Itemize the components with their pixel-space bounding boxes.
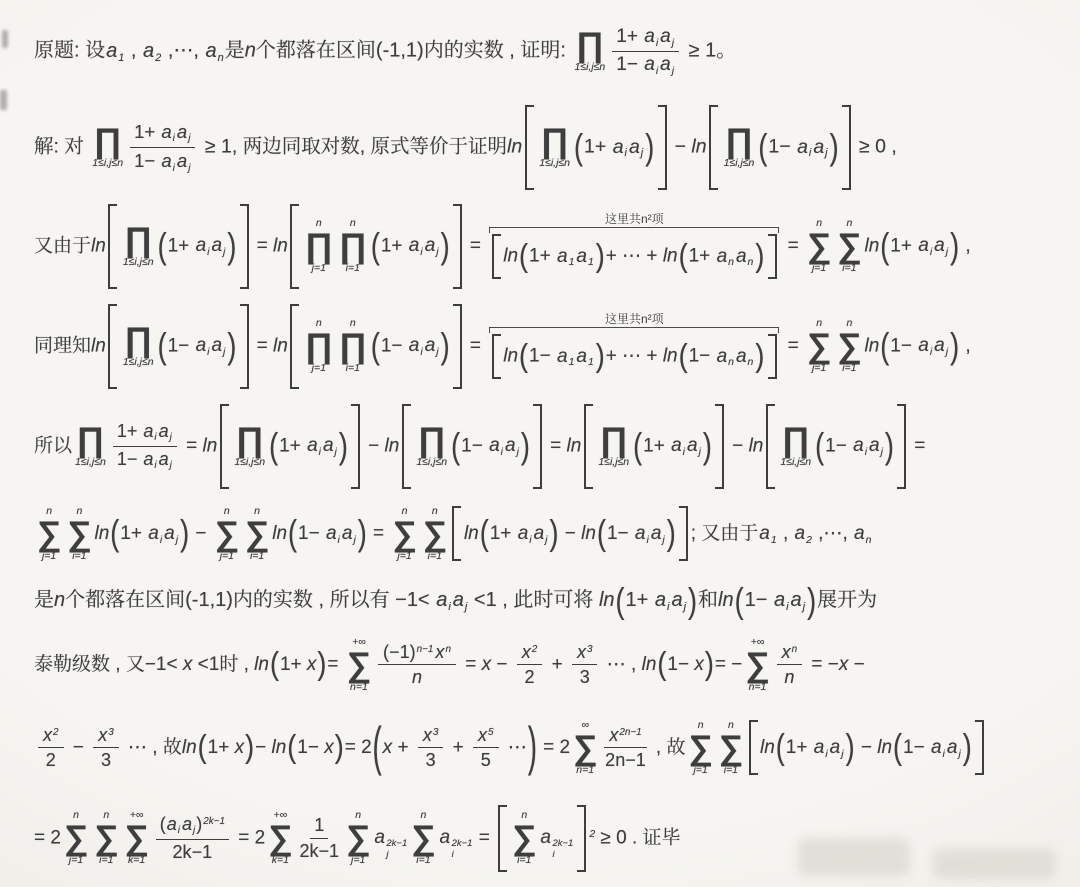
var-base: a [671,589,682,611]
operator-glyph: ∑ [346,822,370,854]
sum-operator: n∑i=1 [94,809,118,866]
product-operator: ∏1≤i,j≤n [75,424,106,469]
superscript: n [792,644,798,655]
var-base: a [759,523,770,544]
operator-glyph: ∏ [600,424,628,456]
watermark-smudge [798,838,910,876]
text-run: 1− [607,523,634,544]
superscript: 2 [532,644,538,655]
text-run: 2 [525,667,535,687]
subscript: n [748,357,754,368]
sum-operator: n∑i=1 [719,719,743,776]
text-run: 1− [529,346,556,367]
bracket-left [766,404,775,489]
superscript: 5 [488,727,494,738]
sum-operator: ∞∑n=1 [573,719,597,776]
subscript: j [946,247,948,258]
paren-left: ( [879,228,890,264]
var-with-superscript: x3 [577,642,593,662]
paren-right: ) [520,428,531,464]
photo-artifact [0,90,7,110]
denominator: 2n−1 [605,748,646,772]
var-with-subscript: an [717,346,734,367]
denominator: 2 [525,665,535,689]
paren-left: ( [632,428,643,464]
watermark-smudge [933,849,1055,879]
var-with-subscript: a1 [106,40,124,62]
product-operator: ∏1≤i,j≤n [416,424,447,469]
math-text: x [324,737,334,758]
text-run: 是 [225,40,245,62]
var-base: a [797,136,808,158]
var-base: a [651,523,662,544]
var-base: a [148,523,159,544]
var-with-subscript: a2 [795,523,812,544]
operator-glyph: ∏ [124,224,152,256]
text-run: 3 [101,750,111,770]
text-run: = [368,523,390,544]
var-base: a [211,335,222,356]
sum-operator: n∑j=1 [215,505,239,562]
var-with-subscript: aj [211,335,225,356]
var-with-superscript: x3 [423,725,439,745]
subscript: j [958,749,960,760]
var-with-subscript: ai [409,335,423,356]
proof-line-7: 是n个都落在区间(-1,1)内的实数 , 所以有 −1< aiaj <1 , 此… [0,572,1080,626]
paren-right: ) [334,732,345,764]
var-base: a [323,435,334,456]
operator-glyph: ∑ [245,518,269,550]
overbrace-label: 这里共n²项 [605,313,664,325]
operator-glyph: ∏ [339,230,367,262]
var-with-subscript: ai [814,737,828,758]
var-base: a [164,523,175,544]
subscript: i [173,133,175,144]
var-with-superscript: x2 [43,725,59,745]
paren-left: ( [757,129,768,165]
var-base: a [489,435,500,456]
superscript: 2 [53,727,59,738]
paren-right: ) [754,240,765,272]
text-run: − [255,737,271,758]
text-run: 1+ [626,589,654,611]
var-with-subscript: aj [505,435,519,456]
paren-left: ( [269,649,280,681]
fraction: x22 [517,641,543,689]
text-run: = [782,335,804,356]
var-base: a [167,814,177,834]
paren-right: ) [440,328,451,364]
bracket-right [658,105,667,190]
bracket-right [679,506,688,561]
lower-limit: 1≤i,j≤n [574,61,605,74]
text-run: 1− [903,737,930,758]
sum-operator: +∞∑k=1 [268,809,292,866]
numerator: x5 [473,724,499,749]
text-run: 1− [117,449,143,469]
subscript: j [188,133,190,144]
script-stack: 2k−1i [452,839,473,861]
var-base: a [635,523,646,544]
text-run: = [465,235,487,256]
var-with-subscript: aj [177,150,191,171]
bracket-right [768,234,777,279]
text-run: + [447,737,469,758]
lower-limit: 1≤i,j≤n [234,456,265,469]
subscript: i [943,749,945,760]
bracket-right [842,105,851,190]
paren-right: ) [687,584,698,619]
denominator: 3 [101,748,111,772]
var-with-subscript: aj [182,814,195,834]
sum-operator: n∑j=1 [689,719,713,776]
fraction: 1+ aiaj1− aiaj [612,25,679,77]
var-base: x [435,642,444,662]
text-run: ⋯ , 故 [123,737,182,758]
var-base: a [644,26,655,47]
subscript: i [646,535,648,546]
subscript: j [672,66,674,77]
var-base: a [557,346,568,367]
text-run: = [545,435,567,456]
paren-right: ) [754,340,765,372]
operator-glyph: ∑ [268,822,292,854]
bracket-left [108,304,117,389]
subscript: j [335,447,337,458]
var-with-subscript: aj [869,435,883,456]
bracket-right [533,404,542,489]
paren-right: ) [884,428,895,464]
math-text: ln [91,235,106,256]
var-base: a [557,246,568,267]
lower-limit: j=1 [69,854,83,867]
var-base: a [869,435,880,456]
text-run: 1− [381,335,408,356]
var-base: a [505,435,516,456]
var-with-subscript: ai [644,26,658,47]
operator-glyph: ∑ [837,330,861,362]
text-run: − [190,523,212,544]
bracket-left [290,304,299,389]
text-run: = [473,827,495,848]
subscript: j [176,535,178,546]
operator-glyph: ∑ [807,230,831,262]
paren-left: ( [197,732,208,764]
subscript: j [881,447,883,458]
fraction: x33 [93,724,119,772]
lower-limit: i=1 [346,262,360,275]
var-with-subscript: aj [342,523,356,544]
text-run: = [181,435,203,456]
subscript: i [529,535,531,546]
math-text: ln [877,737,892,758]
text-run: 2k−1 [299,841,339,861]
subscript: i [207,247,209,258]
paren-right: ) [226,228,237,264]
text-run: 1− [689,346,716,367]
math-text: ln [663,246,678,267]
superscript: 2k−1 [452,839,473,850]
sum-operator: n∑i=1 [423,505,447,562]
overbrace-line [489,227,779,233]
var-base: a [717,246,728,267]
var-with-subscript: aj [687,435,701,456]
var-with-subscript: aj [534,523,548,544]
var-with-subscript: ai [518,523,532,544]
operator-glyph: ∑ [689,732,713,764]
text-run: 展开为 [817,589,877,611]
math-text: x [482,654,492,675]
lower-limit: j=1 [312,362,326,375]
var-with-subscript: aj [323,435,337,456]
math-text: x [839,654,849,675]
operator-glyph: ∑ [347,649,371,681]
operator-glyph: ∏ [76,424,104,456]
subscript: i [930,347,932,358]
text-run: ) [196,814,202,834]
bracket-left [290,204,299,289]
paren-right: ) [179,516,190,552]
proof-line-3: 又由于ln∏1≤i,j≤n(1+ aiaj) = lnn∏j=1n∏i=1(1+… [0,196,1080,296]
math-text: n [245,40,256,62]
sum-operator: n∑i=1 [245,505,269,562]
paren-left: ( [157,228,168,264]
subscript: 1 [588,357,594,368]
text-run: 1− [825,435,852,456]
var-base: a [655,589,666,611]
math-text: ln [271,737,286,758]
text-run: 1+ [134,121,160,142]
text-run: ,⋯, [813,523,853,544]
paren-left: ( [734,584,745,619]
paren-left: ( [678,340,689,372]
subscript: j [170,432,172,443]
denominator: 1− aiaj [117,447,173,473]
text-run: , 故 [651,737,686,758]
subscript: j [517,447,519,458]
lower-limit: n=1 [576,764,594,777]
bracket-right [453,204,462,289]
text-run: 所以 [34,435,72,456]
numerator: x3 [93,724,119,749]
text-run: ; 又由于 [691,523,759,544]
text-run: 1− [134,150,160,171]
paren-right: ) [595,340,606,372]
sum-operator: n∑i=1 [837,317,861,374]
subscript: 1 [118,52,124,64]
subscript: i [501,447,503,458]
lower-limit: 1≤i,j≤n [92,157,123,170]
operator-glyph: ∑ [745,649,769,681]
math-text: ln [95,523,110,544]
text-run: ⋯ [503,737,527,758]
operator-glyph: ∑ [124,822,148,854]
var-with-subscript: ai [774,589,789,611]
var-with-subscript: aj [947,737,961,758]
text-run: 1 [314,815,324,835]
lower-limit: i=1 [842,262,856,275]
subscript: j [353,535,355,546]
text-run: 解: 对 [34,136,89,158]
subscript: i [178,825,180,836]
paren-right: ) [357,516,368,552]
paren-left: ( [286,732,297,764]
var-with-subscript: ai [644,54,658,75]
var-base: a [854,523,865,544]
var-with-subscript: ai [853,435,867,456]
paren-left: ( [573,129,584,165]
subscript: n [728,257,734,268]
math-text: ln [581,523,596,544]
overbrace-content: ln(1+ a1a1)+ ⋯ + ln(1+ anan) [489,234,779,279]
operator-glyph: ∑ [573,732,597,764]
var-base: a [717,346,728,367]
bracket-right [240,304,249,389]
var-with-subscript: aj [651,523,665,544]
lower-limit: 1≤i,j≤n [539,157,570,170]
subscript: i [338,535,340,546]
paren-right: ) [949,328,960,364]
fraction: xnn [777,641,803,689]
line-content: = 2n∑j=1n∑i=1+∞∑k=1(aiaj)2k−12k−1 = 2+∞∑… [34,805,681,872]
numerator: xn [777,641,803,666]
text-run: − [848,654,864,675]
numerator: (−1)n−1xn [378,641,456,666]
paren-left: ( [372,721,383,775]
var-with-subscript: ai [161,121,175,142]
var-with-subscript: an [717,246,734,267]
subscript: i [625,147,627,159]
subscript: j [684,601,686,613]
text-run: = [909,435,925,456]
lower-limit: i=1 [517,854,531,867]
line-content: 是n个都落在区间(-1,1)内的实数 , 所以有 −1< aiaj <1 , 此… [34,583,877,614]
var-base: a [425,235,436,256]
text-run: 同理知 [34,335,91,356]
lower-limit: i=1 [250,550,264,563]
paren-left: ( [518,240,529,272]
var-with-subscript: a1 [576,246,593,267]
var-with-subscript: ai [613,136,627,158]
var-base: a [947,737,958,758]
subscript: j [841,749,843,760]
paren-left: ( [518,340,529,372]
numerator: x3 [418,724,444,749]
text-run: 1+ [208,737,235,758]
var-base: a [540,827,551,848]
subscript: 2 [806,535,812,546]
var-with-scripts: a2k−1i [440,827,473,848]
sum-operator: n∑j=1 [807,217,831,274]
var-base: a [736,346,747,367]
operator-glyph: ∏ [339,330,367,362]
math-text: ln [865,235,880,256]
text-run: 原题: 设 [34,40,105,62]
text-run: = [251,335,273,356]
operator-glyph: ∏ [94,125,122,157]
fraction: 1+ aiaj1− aiaj [130,120,195,176]
math-text: ln [642,654,657,675]
numerator: (aiaj)2k−1 [156,813,229,840]
text-run: 1− [297,737,324,758]
var-with-subscript: ai [797,136,811,158]
math-text: ln [718,589,734,611]
math-text: ln [203,435,218,456]
superscript: n [445,644,451,655]
denominator: 3 [426,748,436,772]
var-with-subscript: aj [813,136,827,158]
paren-right: ) [829,129,840,165]
bracket-left [498,805,507,872]
math-proof-document: 原题: 设a1 , a2 ,⋯, an是n个都落在区间(-1,1)内的实数 , … [0,0,1080,884]
text-run: = [251,235,273,256]
math-text: ln [273,235,288,256]
text-run: <1 , 此时可将 [468,589,599,611]
var-base: a [161,121,171,142]
text-run: + ⋯ + [606,246,663,267]
bracket-left [452,506,461,561]
var-base: a [159,449,169,469]
lower-limit: i=1 [724,764,738,777]
line-content: 泰勒级数 , 又−1< x <1时 , ln(1+ x)= +∞∑n=1(−1)… [34,636,865,693]
subscript: i [667,601,669,613]
paren-right: ) [595,240,606,272]
subscript: i [809,147,811,159]
product-operator: n∏j=1 [305,317,333,374]
lower-limit: 1≤i,j≤n [123,256,154,269]
text-run: = 2 [538,737,570,758]
var-with-subscript: a2 [143,40,161,62]
var-with-subscript: ai [143,449,156,469]
var-with-subscript: aj [211,235,225,256]
var-base: a [931,737,942,758]
var-base: a [196,235,207,256]
subscript: j [465,601,467,613]
var-base: a [534,523,545,544]
lower-limit: j=1 [812,362,826,375]
bracket-right [453,304,462,389]
numerator: x2 [38,724,64,749]
var-base: x [577,642,586,662]
product-operator: ∏1≤i,j≤n [234,424,265,469]
operator-glyph: ∑ [37,518,61,550]
operator-glyph: ∑ [215,518,239,550]
var-base: a [795,523,806,544]
var-base: a [814,737,825,758]
subscript: n [748,257,754,268]
subscript: j [170,460,172,471]
fraction: x22 [38,724,64,772]
var-with-subscript: aj [425,235,439,256]
var-base: a [576,246,587,267]
var-base: a [409,335,420,356]
text-run: 2n−1 [605,750,646,770]
fraction: 12k−1 [299,814,339,862]
subscript: j [662,535,664,546]
text-run: 1+ [786,737,813,758]
math-text: n [784,667,794,687]
lower-limit: j=1 [220,550,234,563]
var-with-subscript: a1 [557,246,574,267]
sum-operator: n∑j=1 [346,809,370,866]
operator-glyph: ∏ [124,324,152,356]
paren-left: ( [268,428,279,464]
subscript: j [436,347,438,358]
math-text: x [235,737,245,758]
var-with-superscript: x2n−1 [609,725,641,745]
text-run: , [960,235,971,256]
subscript: j [825,147,827,159]
